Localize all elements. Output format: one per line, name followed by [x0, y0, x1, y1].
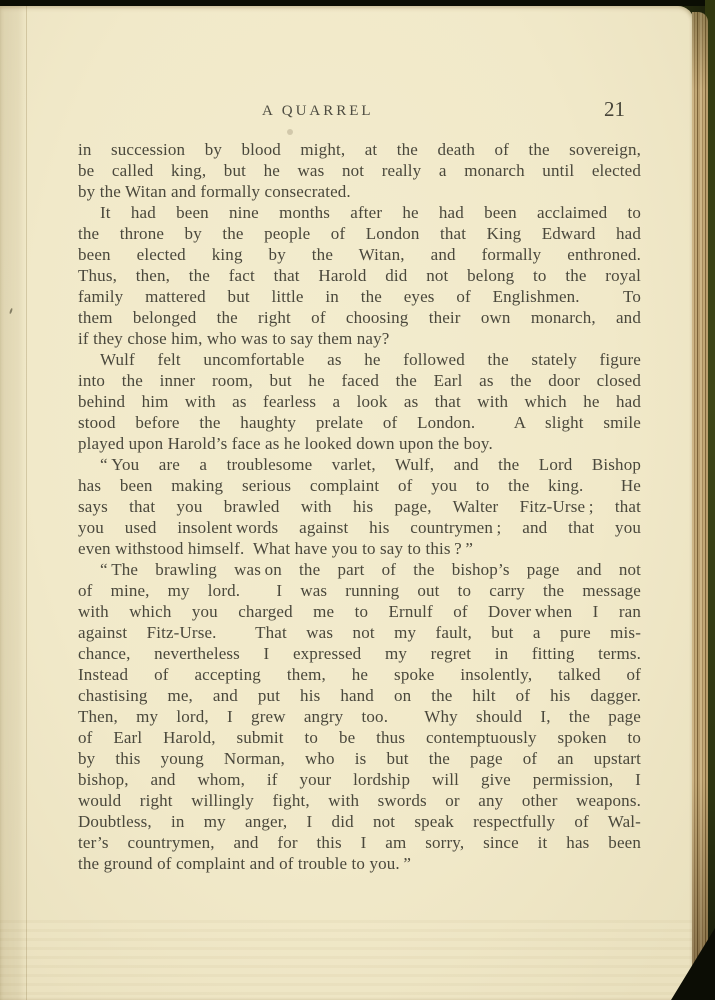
- paragraph: in succession by blood might, at the dea…: [78, 139, 641, 202]
- text-line: be called king, but he was not really a …: [78, 160, 641, 181]
- page-body-text: in succession by blood might, at the dea…: [78, 139, 641, 874]
- text-line: ter’s countrymen, and for this I am sorr…: [78, 832, 641, 853]
- text-line: has been making serious complaint of you…: [78, 475, 641, 496]
- text-line: “ The brawling was on the part of the bi…: [78, 559, 641, 580]
- text-line: behind him with as fearless a look as th…: [78, 391, 641, 412]
- text-line: the throne by the people of London that …: [78, 223, 641, 244]
- text-line: against Fitz-Urse. That was not my fault…: [78, 622, 641, 643]
- text-line: “ You are a troublesome varlet, Wulf, an…: [78, 454, 641, 475]
- book-scan: A QUARREL 21 in succession by blood migh…: [0, 0, 715, 1000]
- text-line: of Earl Harold, submit to be thus contem…: [78, 727, 641, 748]
- running-header-title: A QUARREL: [262, 103, 374, 120]
- text-line: been elected king by the Witan, and form…: [78, 244, 641, 265]
- text-line: Instead of accepting them, he spoke inso…: [78, 664, 641, 685]
- text-line: them belonged the right of choosing thei…: [78, 307, 641, 328]
- page-number: 21: [604, 97, 625, 122]
- paragraph: “ You are a troublesome varlet, Wulf, an…: [78, 454, 641, 559]
- text-line: Doubtless, in my anger, I did not speak …: [78, 811, 641, 832]
- text-line: chastising me, and put his hand on the h…: [78, 685, 641, 706]
- scan-speck: [287, 129, 293, 135]
- scan-speck: [483, 404, 487, 408]
- paragraph: It had been nine months after he had bee…: [78, 202, 641, 349]
- text-line: It had been nine months after he had bee…: [78, 202, 641, 223]
- text-line: by this young Norman, who is but the pag…: [78, 748, 641, 769]
- page-bottom-texture: [0, 920, 694, 1000]
- text-line: if they chose him, who was to say them n…: [78, 328, 641, 349]
- text-line: of mine, my lord. I was running out to c…: [78, 580, 641, 601]
- text-line: with which you charged me to Ernulf of D…: [78, 601, 641, 622]
- text-line: even withstood himself. What have you to…: [78, 538, 641, 559]
- paragraph: Wulf felt uncomfortable as he followed t…: [78, 349, 641, 454]
- text-line: stood before the haughty prelate of Lond…: [78, 412, 641, 433]
- text-line: in succession by blood might, at the dea…: [78, 139, 641, 160]
- fore-edge-shading: [692, 12, 708, 994]
- text-line: would right willingly fight, with swords…: [78, 790, 641, 811]
- text-line: says that you brawled with his page, Wal…: [78, 496, 641, 517]
- text-line: Then, my lord, I grew angry too. Why sho…: [78, 706, 641, 727]
- text-line: played upon Harold’s face as he looked d…: [78, 433, 641, 454]
- text-line: by the Witan and formally consecrated.: [78, 181, 641, 202]
- text-line: into the inner room, but he faced the Ea…: [78, 370, 641, 391]
- text-line: Thus, then, the fact that Harold did not…: [78, 265, 641, 286]
- text-line: the ground of complaint and of trouble t…: [78, 853, 641, 874]
- text-line: chance, nevertheless I expressed my regr…: [78, 643, 641, 664]
- page-gutter-shadow: [0, 6, 27, 1000]
- text-line: Wulf felt uncomfortable as he followed t…: [78, 349, 641, 370]
- text-line: you used insolent words against his coun…: [78, 517, 641, 538]
- text-line: family mattered but little in the eyes o…: [78, 286, 641, 307]
- paragraph: “ The brawling was on the part of the bi…: [78, 559, 641, 874]
- text-line: bishop, and whom, if your lordship will …: [78, 769, 641, 790]
